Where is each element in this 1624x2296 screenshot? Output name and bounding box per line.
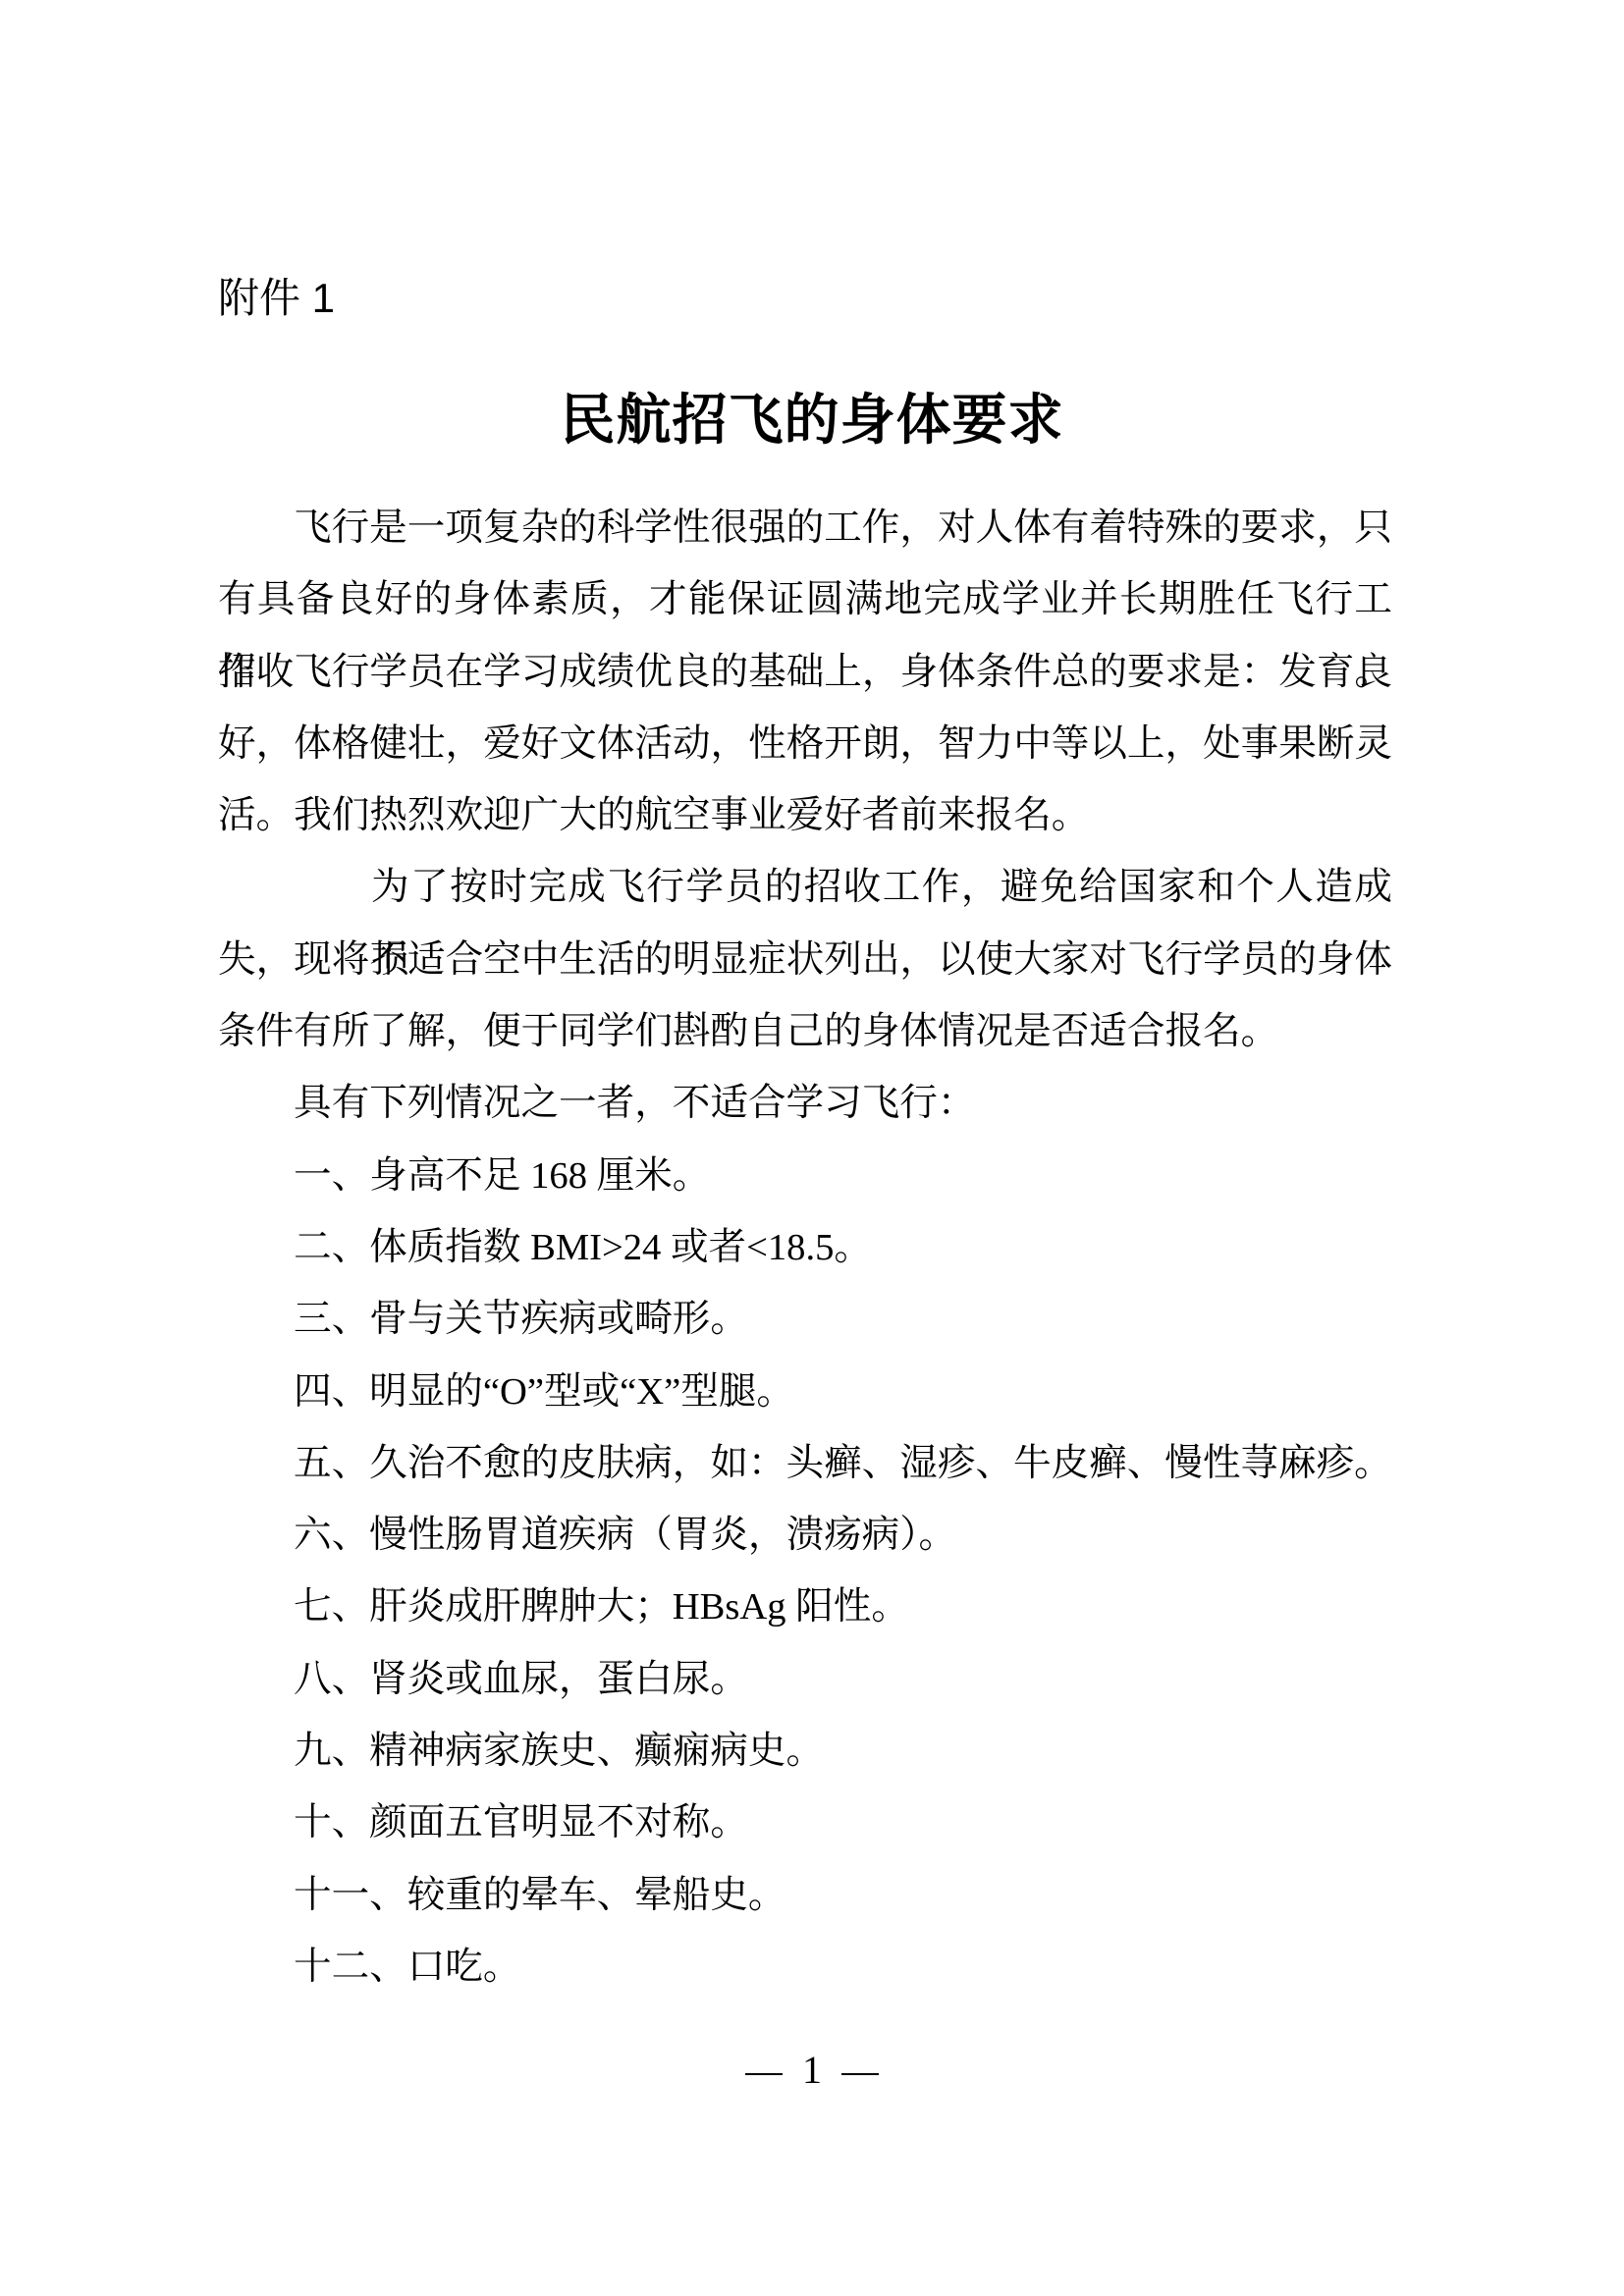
page-number: 1 — [802, 2048, 822, 2092]
document-body: 飞行是一项复杂的科学性很强的工作，对人体有着特殊的要求，只 有具备良好的身体素质… — [218, 493, 1392, 2003]
condition-item: 四、明显的“O”型或“X”型腿。 — [218, 1357, 1392, 1428]
condition-item: 五、久治不愈的皮肤病，如：头癣、湿疹、牛皮癣、慢性荨麻疹。 — [218, 1428, 1392, 1500]
condition-item: 八、肾炎或血尿，蛋白尿。 — [218, 1644, 1392, 1716]
right-dash-decoration — [841, 2073, 879, 2075]
condition-item: 一、身高不足 168 厘米。 — [218, 1141, 1392, 1212]
list-intro: 具有下列情况之一者，不适合学习飞行： — [218, 1068, 1392, 1140]
condition-item: 十、颜面五官明显不对称。 — [218, 1788, 1392, 1859]
attachment-label: 附件 1 — [218, 271, 335, 326]
page-number-footer: 1 — [0, 2046, 1624, 2095]
paragraph-line: 招收飞行学员在学习成绩优良的基础上，身体条件总的要求是：发育良 — [218, 637, 1392, 709]
condition-item: 六、慢性肠胃道疾病（胃炎，溃疡病）。 — [218, 1500, 1392, 1572]
intro-paragraph: 飞行是一项复杂的科学性很强的工作，对人体有着特殊的要求，只 有具备良好的身体素质… — [218, 493, 1392, 852]
condition-item: 三、骨与关节疾病或畸形。 — [218, 1284, 1392, 1356]
document-title: 民航招飞的身体要求 — [0, 385, 1624, 455]
paragraph-line: 为了按时完成飞行学员的招收工作，避免给国家和个人造成损 — [218, 852, 1392, 924]
condition-item: 十一、较重的晕车、晕船史。 — [218, 1860, 1392, 1932]
left-dash-decoration — [745, 2073, 783, 2075]
document-page: 附件 1 民航招飞的身体要求 飞行是一项复杂的科学性很强的工作，对人体有着特殊的… — [0, 0, 1624, 2296]
purpose-paragraph: 为了按时完成飞行学员的招收工作，避免给国家和个人造成损 失，现将不适合空中生活的… — [218, 852, 1392, 1068]
paragraph-line: 有具备良好的身体素质，才能保证圆满地完成学业并长期胜任飞行工作。 — [218, 564, 1392, 636]
paragraph-line: 飞行是一项复杂的科学性很强的工作，对人体有着特殊的要求，只 — [218, 493, 1392, 564]
condition-item: 十二、口吃。 — [218, 1932, 1392, 2003]
condition-item: 二、体质指数 BMI>24 或者<18.5。 — [218, 1212, 1392, 1284]
conditions-list: 一、身高不足 168 厘米。 二、体质指数 BMI>24 或者<18.5。 三、… — [218, 1141, 1392, 2004]
condition-item: 九、精神病家族史、癫痫病史。 — [218, 1716, 1392, 1788]
paragraph-line: 条件有所了解，便于同学们斟酌自己的身体情况是否适合报名。 — [218, 996, 1392, 1068]
paragraph-line: 失，现将不适合空中生活的明显症状列出，以使大家对飞行学员的身体 — [218, 925, 1392, 996]
paragraph-line: 好，体格健壮，爱好文体活动，性格开朗，智力中等以上，处事果断灵 — [218, 709, 1392, 780]
condition-item: 七、肝炎成肝脾肿大；HBsAg 阳性。 — [218, 1572, 1392, 1643]
paragraph-line: 活。我们热烈欢迎广大的航空事业爱好者前来报名。 — [218, 780, 1392, 852]
